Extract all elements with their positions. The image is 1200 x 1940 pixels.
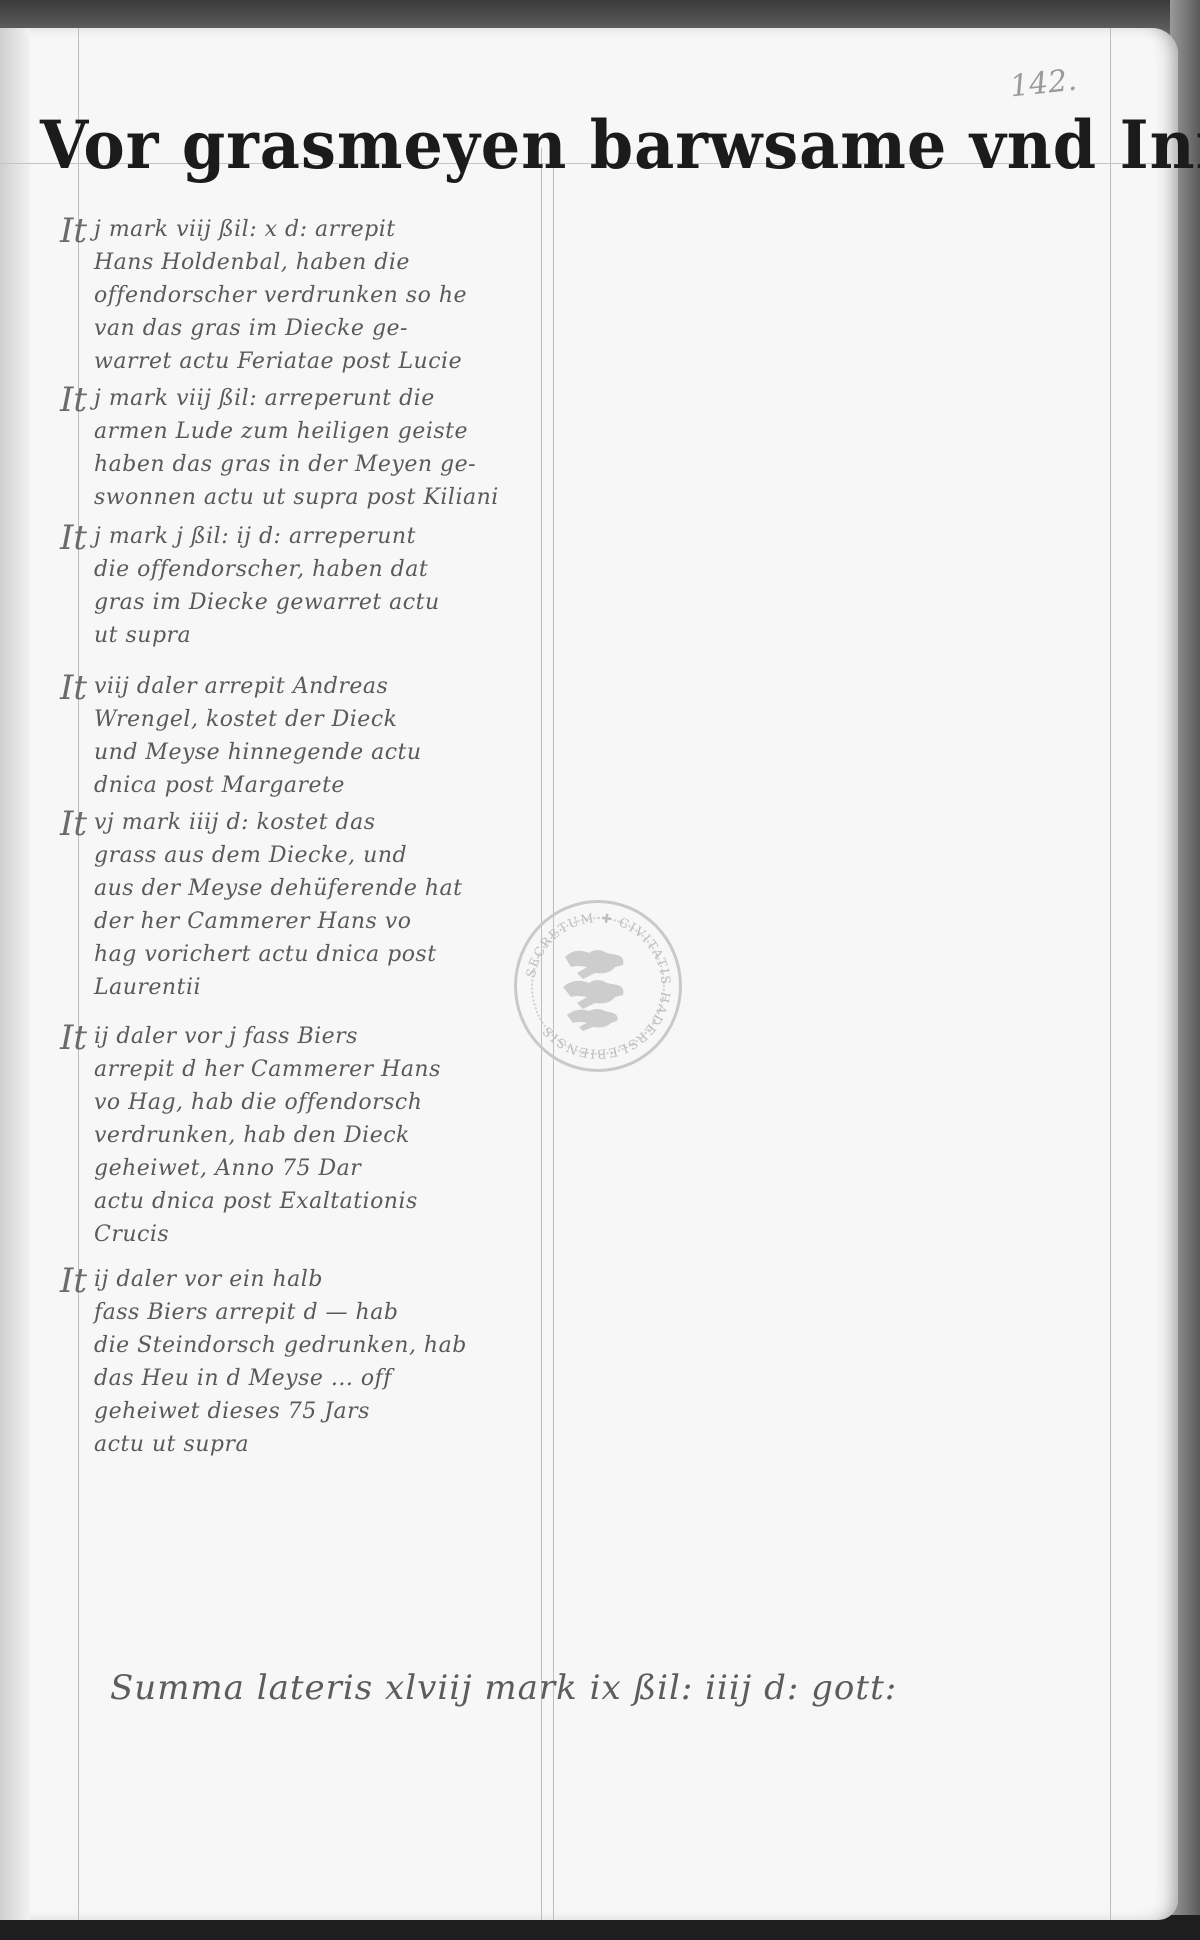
entry-line: fass Biers arrepit d — hab [94, 1296, 560, 1329]
entry-line: ij daler vor ein halb [94, 1263, 560, 1296]
item-marker: It [60, 518, 87, 558]
entry-line: gras im Diecke gewarret actu [94, 586, 560, 619]
entry-line: offendorscher verdrunken so he [94, 279, 560, 312]
lion-emblem-icon [557, 943, 643, 1033]
item-marker: It [60, 380, 87, 420]
entry-line: aus der Meyse dehüferende hat [94, 872, 560, 905]
entry-line: dnica post Margarete [94, 769, 560, 802]
entry-line: armen Lude zum heiligen geiste [94, 415, 560, 448]
archive-stamp-seal: SECRETUM ✚ CIVITATIS HADERSLEBIENSIS [514, 900, 682, 1072]
ledger-entry: It j mark viij ßil: arreperunt die armen… [60, 382, 560, 514]
entry-line: und Meyse hinnegende actu [94, 736, 560, 769]
ledger-entry: It j mark j ßil: ij d: arreperunt die of… [60, 520, 560, 652]
ledger-entry: It vj mark iiij d: kostet das grass aus … [60, 806, 560, 1004]
ledger-entry: It ij daler vor j fass Biers arrepit d h… [60, 1020, 560, 1251]
entry-line: geheiwet dieses 75 Jars [94, 1395, 560, 1428]
item-marker: It [60, 804, 87, 844]
entry-line: Crucis [94, 1218, 560, 1251]
folio-number: 142. [1008, 63, 1078, 105]
entry-line: vj mark iiij d: kostet das [94, 806, 560, 839]
right-margin-rule [1110, 28, 1111, 1920]
item-marker: It [60, 1018, 87, 1058]
ledger-entries: It j mark viij ßil: x d: arrepit Hans Ho… [60, 213, 560, 1467]
entry-line: hag vorichert actu dnica post [94, 938, 560, 971]
entry-line: vo Hag, hab die offendorsch [94, 1086, 560, 1119]
entry-line: ut supra [94, 619, 560, 652]
entry-line: viij daler arrepit Andreas [94, 670, 560, 703]
item-marker: It [60, 211, 87, 251]
entry-line: verdrunken, hab den Dieck [94, 1119, 560, 1152]
entry-line: die offendorscher, haben dat [94, 553, 560, 586]
entry-line: Wrengel, kostet der Dieck [94, 703, 560, 736]
entry-line: swonnen actu ut supra post Kiliani [94, 481, 560, 514]
entry-line: geheiwet, Anno 75 Dar [94, 1152, 560, 1185]
entry-line: van das gras im Diecke ge- [94, 312, 560, 345]
item-marker: It [60, 668, 87, 708]
entry-line: Laurentii [94, 971, 560, 1004]
entry-line: actu ut supra [94, 1428, 560, 1461]
item-marker: It [60, 1261, 87, 1301]
entry-line: ij daler vor j fass Biers [94, 1020, 560, 1053]
entry-line: j mark viij ßil: x d: arrepit [94, 213, 560, 246]
ledger-entry: It viij daler arrepit Andreas Wrengel, k… [60, 670, 560, 802]
entry-line: das Heu in d Meyse ... off [94, 1362, 560, 1395]
entry-line: warret actu Feriatae post Lucie [94, 345, 560, 378]
entry-line: j mark j ßil: ij d: arreperunt [94, 520, 560, 553]
ledger-entry: It j mark viij ßil: x d: arrepit Hans Ho… [60, 213, 560, 378]
entry-line: j mark viij ßil: arreperunt die [94, 382, 560, 415]
entry-line: grass aus dem Diecke, und [94, 839, 560, 872]
entry-line: actu dnica post Exaltationis [94, 1185, 560, 1218]
entry-line: haben das gras in der Meyen ge- [94, 448, 560, 481]
page-total-line: Summa lateris xlviij mark ix ßil: iiij d… [110, 1668, 897, 1708]
page-gutter-shadow [0, 28, 30, 1920]
manuscript-page: 142. Vor grasmeyen barwsame vnd Inforen.… [0, 28, 1178, 1920]
entry-line: arrepit d her Cammerer Hans [94, 1053, 560, 1086]
page-heading: Vor grasmeyen barwsame vnd Inforen. [40, 106, 1036, 184]
entry-line: der her Cammerer Hans vo [94, 905, 560, 938]
entry-line: die Steindorsch gedrunken, hab [94, 1329, 560, 1362]
entry-line: Hans Holdenbal, haben die [94, 246, 560, 279]
ledger-entry: It ij daler vor ein halb fass Biers arre… [60, 1263, 560, 1461]
